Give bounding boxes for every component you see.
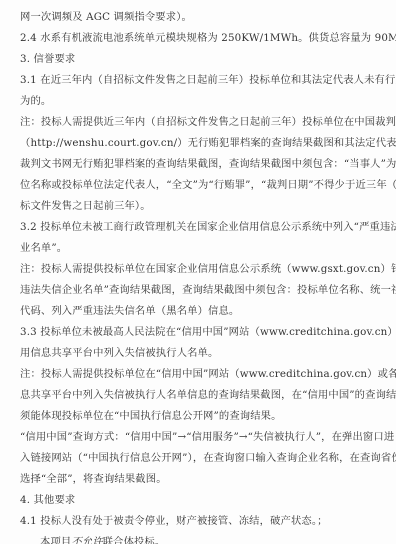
text-line: 标文件发售之日起前三年）。 [20,200,151,212]
text-line: 须能体现投标单位在“中国执行信息公开网”的查询结果。 [20,410,282,422]
text-line: 裁判文书网无行贿犯罪档案的查询结果截图，查询结果截图中须包含：“当事人”为投标单 [20,158,396,170]
text-line: 注：投标人需提供投标单位在国家企业信用信息公示系统（www.gsxt.gov.c… [20,263,396,275]
section-heading: 3. 信誉要求 [20,53,75,65]
text-line: 网一次调频及 AGC 调频指令要求）。 [20,11,192,23]
italic-text-segment: 不允许 [71,536,102,544]
text-line: 为的。 [20,95,51,107]
text-line: 息共享平台中列入失信被执行人名单信息的查询结果截图，在“信用中国”的查询结果截图 [20,389,396,401]
section-heading: 4. 其他要求 [20,494,75,506]
text-line: 本项目不允许联合体投标。 [40,536,165,544]
text-line: 3.2 投标单位未被工商行政管理机关在国家企业信用信息公示系统中列入“严重违法失… [20,221,396,233]
text-line: 违法失信企业名单”查询结果截图，查询结果截图中须包含：投标单位名称、统一社会信用 [20,284,396,296]
text-line: 2.4 水系有机液流电池系统单元模块规格为 250KW/1MWh。供货总容量为 … [20,32,396,44]
text-line: 入链接网站（“中国执行信息公开网”），在查询窗口输入查询企业名称，在查询省份范围… [20,452,396,464]
document-page: 网一次调频及 AGC 调频指令要求）。 2.4 水系有机液流电池系统单元模块规格… [0,0,396,544]
text-line: 3.3 投标单位未被最高人民法院在“信用中国”网站（www.creditchin… [20,326,396,338]
text-segment: 本项目 [40,536,71,544]
text-line: （http://wenshu.court.gov.cn/）无行贿犯罪档案的查询结… [20,137,396,149]
text-line: 3.1 在近三年内（自招标文件发售之日起前三年）投标单位和其法定代表人未有行贿犯… [20,74,396,86]
text-line: 业名单”。 [20,242,67,254]
text-line: “信用中国”查询方式：“信用中国”→“信用服务”→“失信被执行人”，在弹出窗口进 [20,431,394,443]
text-line: 注：投标人需提供投标单位在“信用中国”网站（www.creditchina.go… [20,368,396,380]
text-line: 注：投标人需提供近三年内（自招标文件发售之日起前三年）投标单位在中国裁判文书网 [20,116,396,128]
text-line: 选择“全部”，将查询结果截图。 [20,473,167,485]
text-line: 代码、列入严重违法失信名单（黑名单）信息。 [20,305,239,317]
text-line: 位名称或投标单位法定代表人，“全文”为“行贿罪”，“裁判日期”不得少于近三年（自… [20,179,396,191]
text-segment: 联合体投标。 [103,536,166,544]
text-line: 用信息共享平台中列入失信被执行人名单。 [20,347,219,359]
text-line: 4.1 投标人没有处于被责令停业，财产被接管、冻结，破产状态。； [20,515,328,527]
